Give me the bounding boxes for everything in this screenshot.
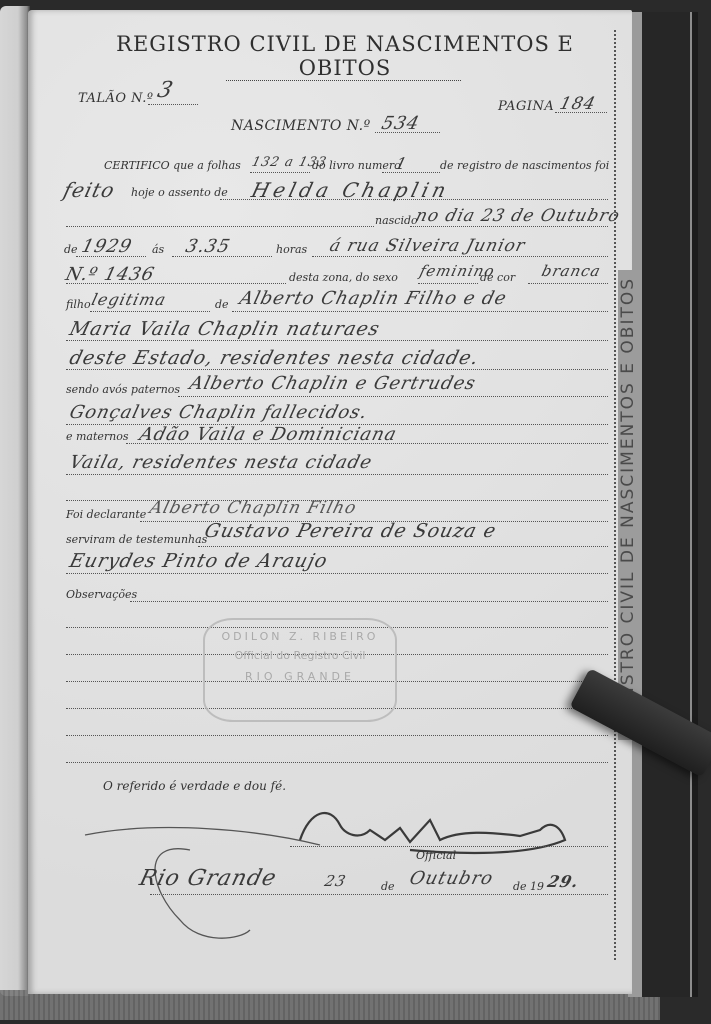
cor-value: branca: [540, 262, 603, 280]
observacoes-label: Observações: [66, 588, 137, 601]
de-pais-label: de: [215, 298, 229, 311]
date-line: [150, 894, 608, 895]
nascido-line: [410, 226, 608, 227]
filiacao-value: legitima: [90, 290, 169, 309]
birth-hour: 3.35: [183, 236, 232, 257]
stamp-city: RIO GRANDE: [205, 670, 395, 683]
pais-line-2: [66, 340, 608, 341]
left-page-edge: [0, 6, 30, 996]
as-label: ás: [152, 243, 164, 256]
side-title: REGISTRO CIVIL DE NASCIMENTOS E OBITOS: [618, 270, 642, 740]
place-number: N.º 1436: [63, 264, 157, 285]
de-label: de: [64, 243, 78, 256]
verdade-label: O referido é verdade e dou fé.: [103, 779, 286, 793]
livro-label: do livro numero: [312, 159, 401, 172]
horas-label: horas: [276, 243, 307, 256]
zona-label: desta zona, do sexo: [289, 271, 398, 284]
de-label-2: de 19: [513, 880, 544, 893]
registrant-name: Helda Chaplin: [249, 178, 452, 202]
place-line: [312, 256, 608, 257]
avos-paternos-line-1: [178, 396, 608, 397]
birth-year: 1929: [79, 236, 134, 257]
avos-maternos-value-2: Vaila, residentes nesta cidade: [67, 452, 374, 473]
city-value: Rio Grande: [137, 866, 280, 891]
folhas-line: [250, 172, 310, 173]
pais-line-1: [232, 311, 608, 312]
avos-maternos-value-1: Adão Vaila e Dominiciana: [137, 424, 399, 445]
pais-value-2: Maria Vaila Chaplin naturaes: [67, 318, 382, 340]
pagina-label: PAGINA: [498, 99, 554, 114]
official-label: Official: [416, 849, 456, 862]
birth-place: á rua Silveira Junior: [328, 236, 528, 256]
filiacao-line: [90, 311, 210, 312]
observacoes-line: [130, 601, 608, 602]
stamp-role: Official do Registro Civil: [205, 649, 395, 662]
pais-line-3: [66, 369, 608, 370]
testemunhas-line-1: [198, 546, 608, 547]
sexo-line: [418, 283, 478, 284]
nascimento-value: 534: [379, 113, 422, 134]
declarante-label: Foi declarante: [66, 508, 146, 521]
declarante-value: Alberto Chaplin Filho: [148, 498, 359, 518]
certifico-label: CERTIFICO que a folhas: [104, 159, 241, 172]
feito-value: feito: [61, 178, 118, 202]
avos-paternos-value-2: Gonçalves Chaplin fallecidos.: [67, 402, 370, 423]
testemunhas-label: serviram de testemunhas: [66, 533, 207, 546]
testemunhas-value-1: Gustavo Pereira de Souza e: [202, 520, 499, 542]
assento-label: hoje o assento de: [131, 186, 228, 199]
pagina-value: 184: [558, 94, 598, 114]
title-rule: [226, 80, 461, 81]
avos-maternos-line-2: [66, 474, 608, 475]
talao-line: [148, 104, 198, 105]
month-value: Outubro: [407, 868, 495, 889]
observacoes-line-6: [66, 735, 608, 736]
nascido-value: no dia 23 de Outubro: [414, 206, 623, 226]
registry-stamp: ODILON Z. RIBEIRO Official do Registro C…: [203, 618, 397, 722]
book-binding-strip: [0, 990, 660, 1020]
avos-paternos-label: sendo avós paternos: [66, 383, 180, 396]
livro-line: [382, 172, 440, 173]
testemunhas-value-2: Eurydes Pinto de Araujo: [67, 550, 330, 572]
page-title: REGISTRO CIVIL DE NASCIMENTOS E OBITOS: [80, 32, 610, 80]
observacoes-line-7: [66, 762, 608, 763]
testemunhas-line-2: [66, 573, 608, 574]
pais-value-1: Alberto Chaplin Filho e de: [237, 288, 509, 309]
talao-label: TALÃO N.º: [78, 91, 153, 106]
stamp-name: ODILON Z. RIBEIRO: [205, 630, 395, 643]
year-suffix: 29.: [546, 872, 582, 891]
avos-paternos-value-1: Alberto Chaplin e Gertrudes: [187, 373, 478, 394]
day-value: 23: [323, 872, 349, 890]
registro-label: de registro de nascimentos foi: [440, 159, 609, 172]
place-number-line: [66, 283, 286, 284]
cor-label: de cor: [480, 271, 515, 284]
cor-line: [528, 283, 608, 284]
maternos-label: e maternos: [66, 430, 129, 443]
pais-value-3: deste Estado, residentes nesta cidade.: [67, 347, 481, 369]
nascimento-label: NASCIMENTO N.º: [231, 118, 371, 134]
de-label-1: de: [381, 880, 395, 893]
filho-label: filho: [66, 298, 91, 311]
blank-line: [66, 226, 374, 227]
